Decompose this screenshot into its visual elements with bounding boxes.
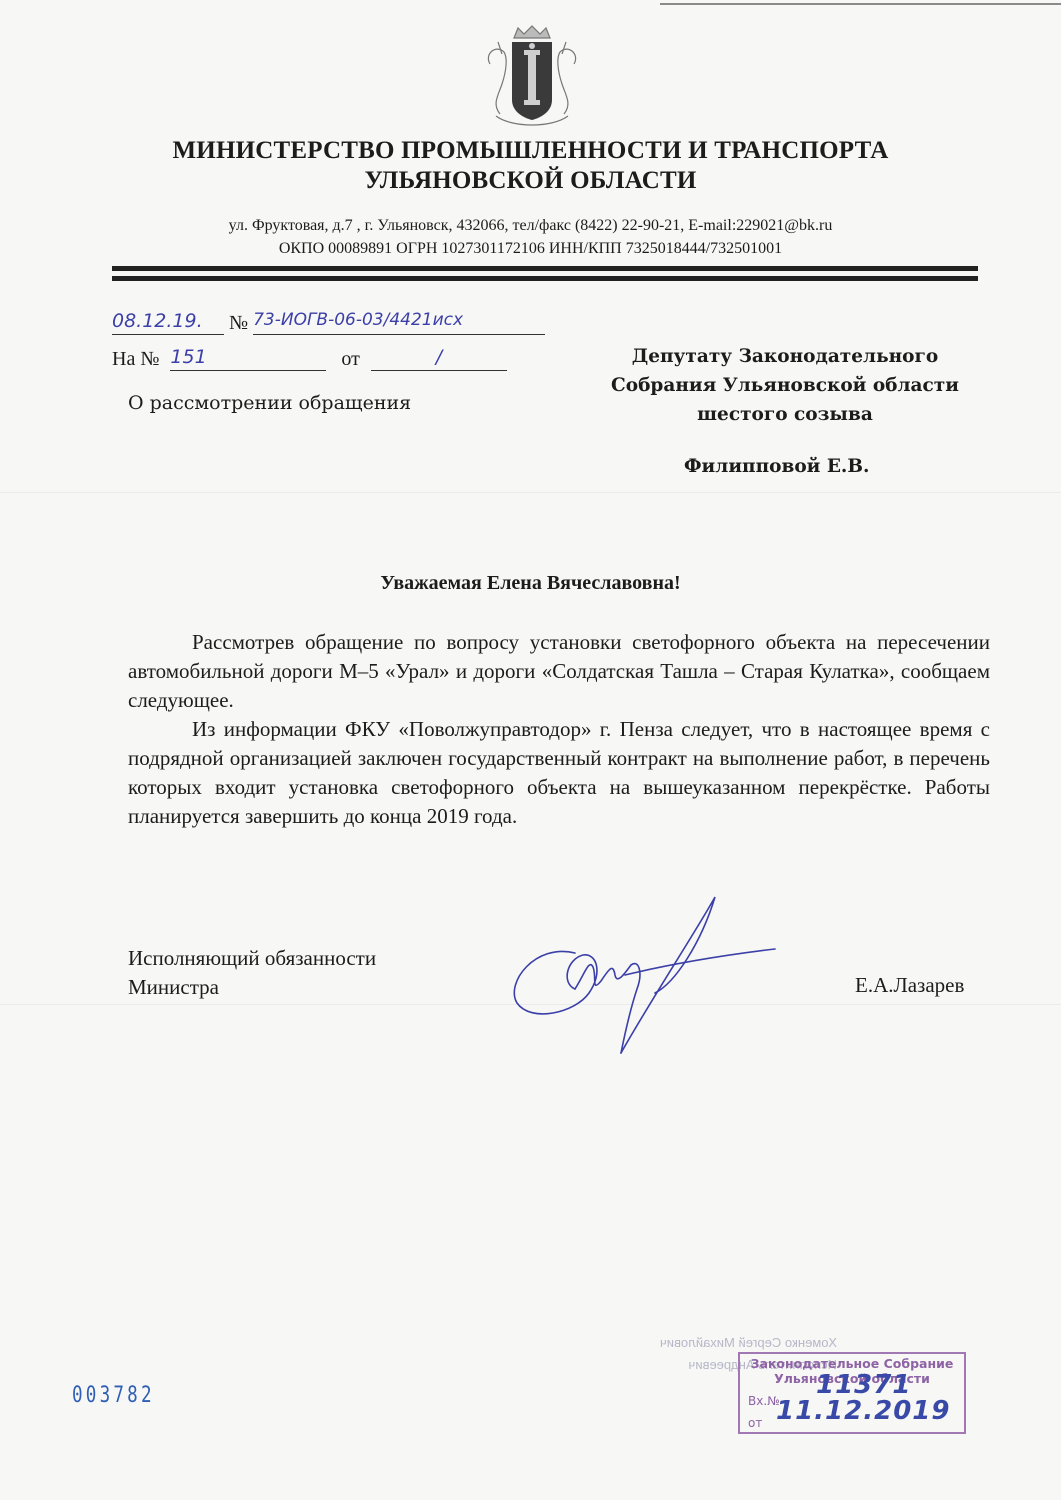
letter-body: Рассмотрев обращение по вопросу установк… xyxy=(128,628,990,831)
subject-line: О рассмотрении обращения xyxy=(128,392,411,414)
signatory-position: Исполняющий обязанности Министра xyxy=(128,944,376,1002)
position-line1: Исполняющий обязанности xyxy=(128,944,376,973)
page-edge xyxy=(660,3,1061,5)
addressee-line3: шестого созыва xyxy=(595,400,975,429)
outgoing-number: 73-ИОГВ-06-03/4421исх xyxy=(253,310,545,335)
from-label: от xyxy=(341,348,359,370)
incoming-registration-stamp: Законодательное Собрание Ульяновской обл… xyxy=(738,1352,966,1434)
outgoing-date: 08.12.19. xyxy=(112,310,224,335)
addressee-name: Филипповой Е.В. xyxy=(684,456,869,477)
paper-fold xyxy=(0,492,1061,493)
ministry-address: ул. Фруктовая, д.7 , г. Ульяновск, 43206… xyxy=(0,214,1061,260)
position-line2: Министра xyxy=(128,973,376,1002)
stamp-date: 11.12.2019 xyxy=(776,1404,950,1419)
address-line: ул. Фруктовая, д.7 , г. Ульяновск, 43206… xyxy=(0,214,1061,237)
handwritten-signature-icon xyxy=(505,893,795,1063)
stamp-date-label: от xyxy=(748,1416,762,1431)
addressee-line2: Собрания Ульяновской области xyxy=(595,371,975,400)
reply-to-date: / xyxy=(371,346,507,371)
addressee-line1: Депутату Законодательного xyxy=(595,342,975,371)
stamp-line1: Законодательное Собрание xyxy=(740,1356,964,1371)
ministry-title: МИНИСТЕРСТВО ПРОМЫШЛЕННОСТИ И ТРАНСПОРТА… xyxy=(0,136,1061,196)
serial-number: 003782 xyxy=(72,1383,155,1408)
header-divider xyxy=(112,266,978,271)
ministry-title-line1: МИНИСТЕРСТВО ПРОМЫШЛЕННОСТИ И ТРАНСПОРТА xyxy=(0,136,1061,166)
paragraph: Рассмотрев обращение по вопросу установк… xyxy=(128,628,990,715)
ministry-title-line2: УЛЬЯНОВСКОЙ ОБЛАСТИ xyxy=(0,166,1061,196)
stamp-incoming-number: 11371 xyxy=(816,1378,911,1393)
reply-to-label: На № xyxy=(112,348,159,370)
paragraph: Из информации ФКУ «Поволжуправтодор» г. … xyxy=(128,715,990,831)
number-label: № xyxy=(229,312,248,334)
reply-to-number: 151 xyxy=(170,346,326,371)
coat-of-arms-icon xyxy=(478,24,586,132)
stamp-incoming-label: Вх.№ xyxy=(748,1394,780,1409)
greeting: Уважаемая Елена Вячеславовна! xyxy=(0,572,1061,595)
header-divider xyxy=(112,276,978,281)
addressee-block: Депутату Законодательного Собрания Ульян… xyxy=(595,342,975,429)
registry-codes: ОКПО 00089891 ОГРН 1027301172106 ИНН/КПП… xyxy=(0,237,1061,260)
signatory-name: Е.А.Лазарев xyxy=(855,973,964,998)
